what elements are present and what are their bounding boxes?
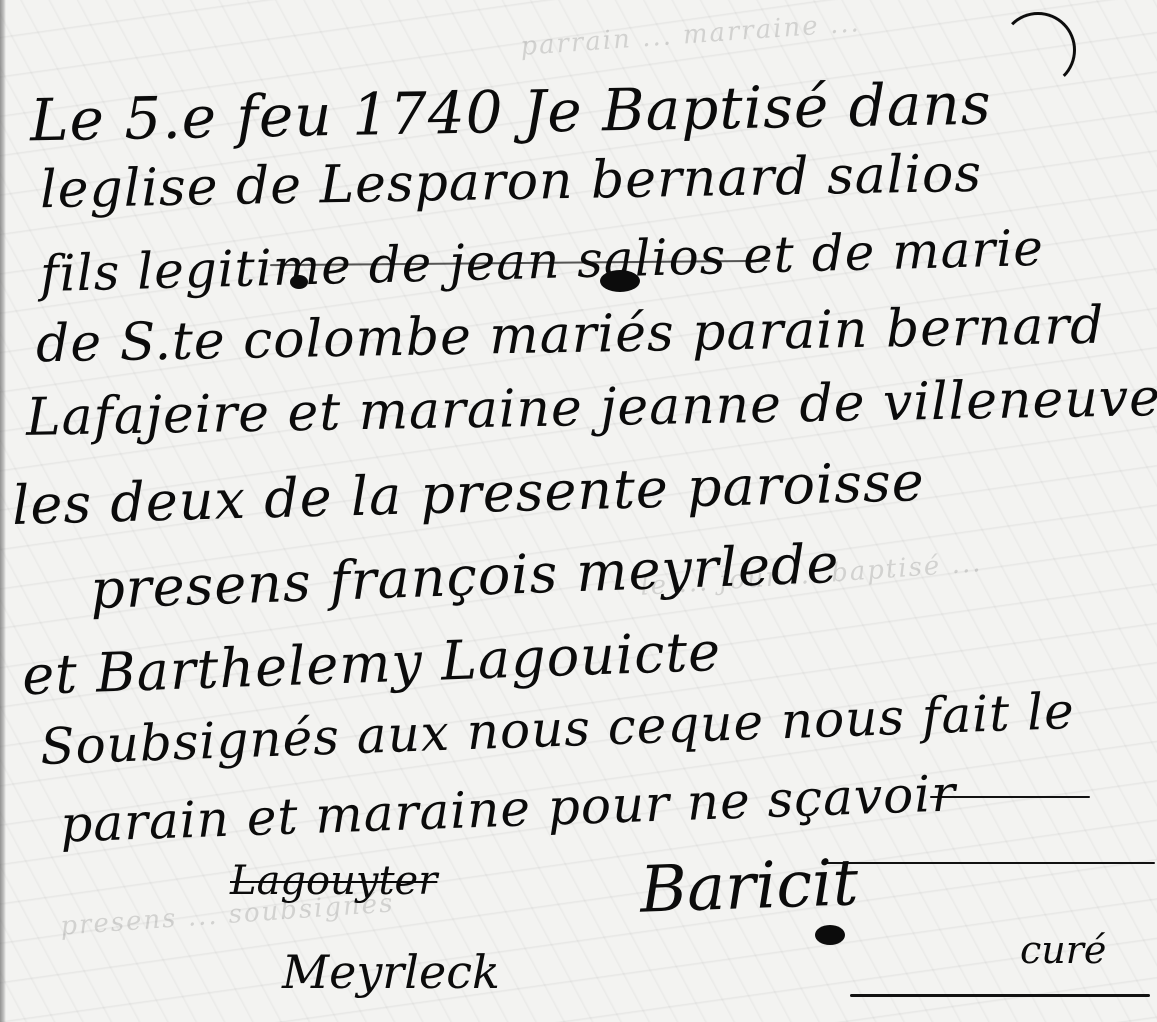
record-line-6: les deux de la presente paroisse (11, 450, 925, 537)
date-flourish (1000, 12, 1076, 88)
priest-signature: Baricit (639, 846, 860, 928)
record-line-7: presens françois meyrlede (89, 532, 840, 621)
record-line-3: fils legitime de jean salios et de marie (39, 219, 1044, 303)
priest-title: curé (1020, 928, 1106, 972)
signature-overline (825, 862, 1155, 864)
ink-blot (600, 270, 640, 292)
ink-blot (290, 275, 308, 289)
bleed-through-text: parrain ... marraine ... (519, 8, 861, 62)
page-binding-edge (0, 0, 6, 1022)
record-line-8: et Barthelemy Lagouicte (21, 620, 722, 707)
record-line-2: leglise de Lesparon bernard salios (40, 144, 983, 220)
record-line-10: parain et maraine pour ne sçavoir (59, 764, 957, 853)
signature-underline (850, 994, 1150, 997)
manuscript-page: parrain ... marraine ... le ... jour ...… (0, 0, 1157, 1022)
record-line-1: Le 5.e feu 1740 Je Baptisé dans (29, 70, 992, 155)
witness-signature-1: Lagouyter (230, 858, 437, 904)
ink-blot (815, 925, 845, 945)
record-line-4: de S.te colombe mariés parain bernard (36, 296, 1105, 375)
record-line-5: Lafajeire et maraine jeanne de villeneuv… (26, 368, 1157, 448)
witness-signature-2: Meyrleck (282, 945, 500, 999)
